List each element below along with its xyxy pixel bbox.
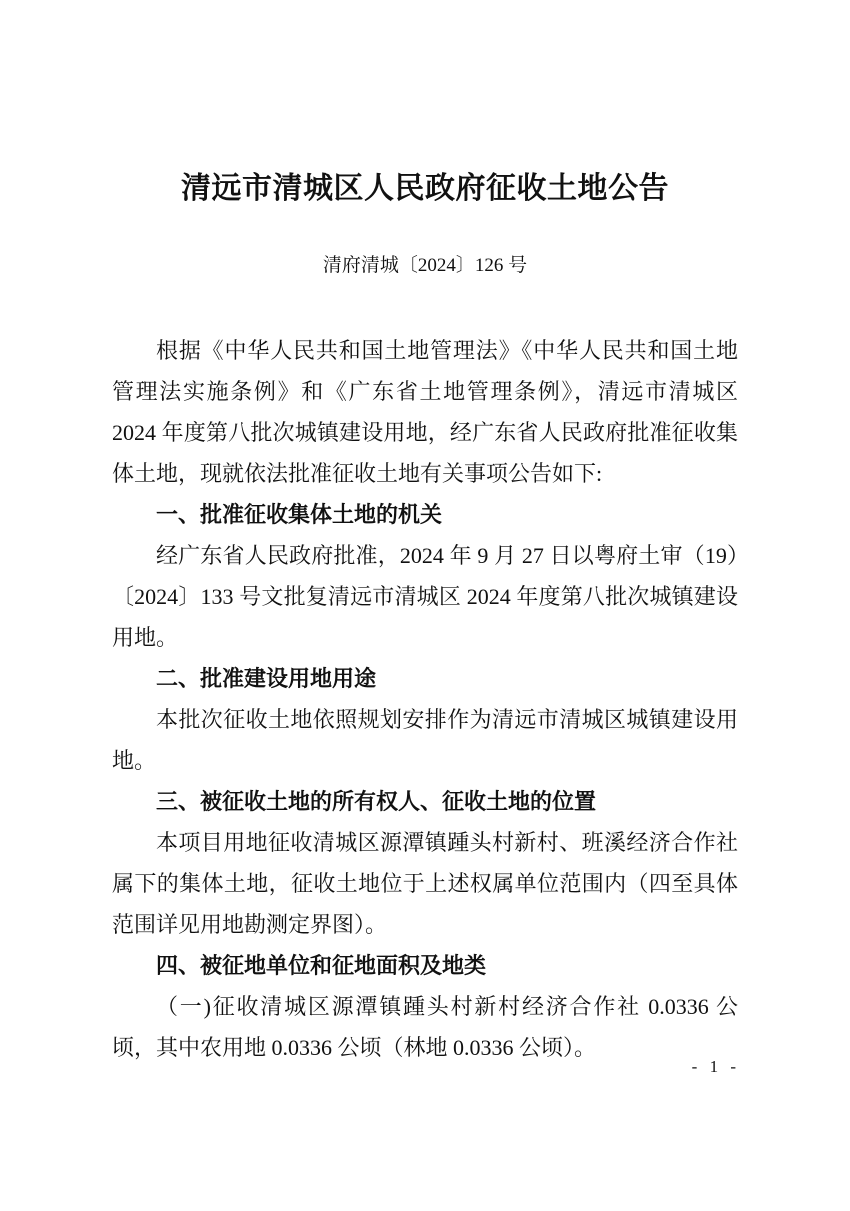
document-body: 根据《中华人民共和国土地管理法》《中华人民共和国土地管理法实施条例》和《广东省土… <box>112 330 738 1068</box>
document-paragraph: 经广东省人民政府批准，2024 年 9 月 27 日以粤府土审（19）〔2024… <box>112 535 738 658</box>
document-paragraph: （一)征收清城区源潭镇踵头村新村经济合作社 0.0336 公顷，其中农用地 0.… <box>112 986 738 1068</box>
document-number: 清府清城〔2024〕126 号 <box>112 254 738 278</box>
document-paragraph: 本批次征收土地依照规划安排作为清远市清城区城镇建设用地。 <box>112 699 738 781</box>
section-heading: 四、被征地单位和征地面积及地类 <box>112 945 738 986</box>
section-heading: 一、批准征收集体土地的机关 <box>112 494 738 535</box>
document-paragraph: 根据《中华人民共和国土地管理法》《中华人民共和国土地管理法实施条例》和《广东省土… <box>112 330 738 494</box>
page-number: - 1 - <box>692 1056 740 1078</box>
document-title: 清远市清城区人民政府征收土地公告 <box>112 170 738 208</box>
document-paragraph: 本项目用地征收清城区源潭镇踵头村新村、班溪经济合作社属下的集体土地，征收土地位于… <box>112 822 738 945</box>
section-heading: 三、被征收土地的所有权人、征收土地的位置 <box>112 781 738 822</box>
document-page: 清远市清城区人民政府征收土地公告 清府清城〔2024〕126 号 根据《中华人民… <box>0 0 850 1211</box>
section-heading: 二、批准建设用地用途 <box>112 658 738 699</box>
